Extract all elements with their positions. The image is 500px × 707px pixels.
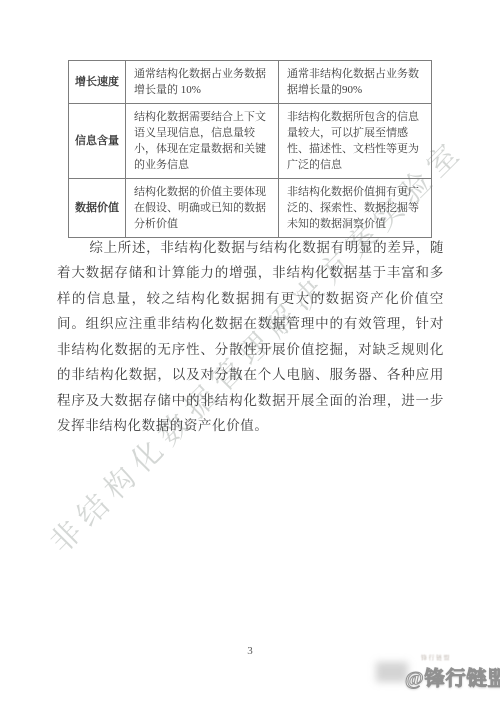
cell-structured-value: 结构化数据的价值主要体现在假设、明确或已知的数据分析价值 (126, 179, 279, 238)
cell-unstructured-information: 非结构化数据所包含的信息量较大，可以扩展至情感性、描述性、文档性等更为广泛的信息 (279, 104, 432, 179)
row-label-growth-rate: 增长速度 (69, 61, 126, 104)
comparison-table: 增长速度 通常结构化数据占业务数据增长量的 10% 通常非结构化数据占业务数据增… (68, 60, 432, 238)
cell-structured-growth: 通常结构化数据占业务数据增长量的 10% (126, 61, 279, 104)
brand-badge: @锋行链盟 (405, 662, 500, 691)
document-page: 非结构化数据管理解决方案实验室 增长速度 通常结构化数据占业务数据增长量的 10… (0, 0, 500, 707)
cell-unstructured-value: 非结构化数据价值拥有更广泛的、探索性、数据挖掘等未知的数据洞察价值 (279, 179, 432, 238)
cell-structured-information: 结构化数据需要结合上下文语义呈现信息，信息量较小，体现在定量数据和关键的业务信息 (126, 104, 279, 179)
summary-paragraph: 综上所述，非结构化数据与结构化数据有明显的差异，随着大数据存储和计算能力的增强，… (57, 235, 444, 439)
table-row: 数据价值 结构化数据的价值主要体现在假设、明确或已知的数据分析价值 非结构化数据… (69, 179, 432, 238)
blurred-patch (376, 662, 408, 682)
table-row: 增长速度 通常结构化数据占业务数据增长量的 10% 通常非结构化数据占业务数据增… (69, 61, 432, 104)
row-label-information-content: 信息含量 (69, 104, 126, 179)
cell-unstructured-growth: 通常非结构化数据占业务数据增长量的90% (279, 61, 432, 104)
brand-badge-small-text: 锋行链盟 (421, 653, 451, 662)
table-row: 信息含量 结构化数据需要结合上下文语义呈现信息，信息量较小，体现在定量数据和关键… (69, 104, 432, 179)
row-label-data-value: 数据价值 (69, 179, 126, 238)
